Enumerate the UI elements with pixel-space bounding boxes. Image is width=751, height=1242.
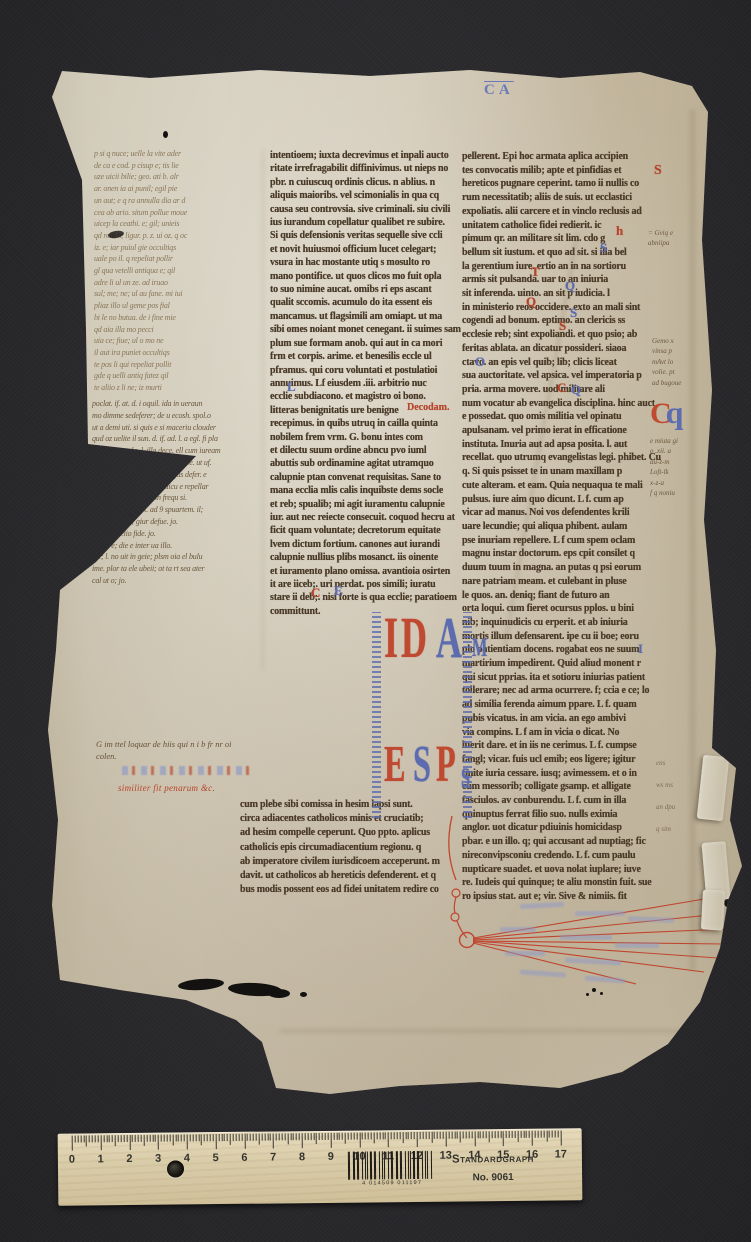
rubric-red: Decodam. xyxy=(407,402,450,413)
margin-notes-mid: Gemo xvinsa pmAvt lovolie. ptad bugoue xyxy=(652,336,704,388)
gloss-line: o qn adit; so inidi oz ut i r. q pelle. … xyxy=(92,457,274,469)
text-line: armis sit pulsanda. uar to an iniuria xyxy=(462,273,664,287)
text-line: ritate irrefragabilit diffinivimus. ut n… xyxy=(270,162,462,175)
colored-initial: T xyxy=(531,265,540,278)
text-line: plum sue formam anob. qui aut in ca mori xyxy=(270,337,462,350)
text-line: iur. aut nec reiecte consecuit. coquod h… xyxy=(270,511,462,524)
text-line: Si quis defensionis veritas sequelle siv… xyxy=(270,229,462,242)
gloss-line: poclat. if. at. d. i oquil. ida in uerau… xyxy=(92,398,274,410)
text-line: fangl; vicar. fuis ucl emib; eos ligere;… xyxy=(462,753,664,767)
margin-note-line: volie. pt xyxy=(652,367,704,377)
gloss-line: il aut ira puniet occultiqs xyxy=(94,347,266,359)
text-line: le quos. an. deniq; fiant de futuro an xyxy=(462,589,664,603)
text-line: apulsanam. vel primo ierat in effication… xyxy=(462,424,664,438)
red-marginal-note: similiter fit penarum &c. xyxy=(118,783,215,793)
margin-note-line: Gemo x xyxy=(652,336,704,346)
text-line: recellat. quo utrumq evangelistas legi. … xyxy=(462,451,664,465)
text-line: to suo nimine aucat. omibs ri eps ascant xyxy=(270,283,462,296)
gloss-column-lower: poclat. if. at. d. i oquil. ida in uerau… xyxy=(92,398,274,587)
text-line: pellerent. Epi hoc armata aplica accipie… xyxy=(462,150,664,164)
text-line: qualit sccomis. acumulo do ita essent ei… xyxy=(270,296,462,309)
ink-spot xyxy=(163,131,168,138)
right-edge-fold xyxy=(690,110,695,970)
text-line: num vocatur ab evangelica disciplina. hi… xyxy=(462,397,664,411)
text-line: it are iiceb;. uri perdat. pos simili; i… xyxy=(270,578,462,591)
text-line: mano pontifice. ut quos clicos mo fuit o… xyxy=(270,270,462,283)
text-line: ctavo. an epis vel quib; lib; clicis lic… xyxy=(462,356,664,370)
gloss-line: qud oz uelite il sun. d. if. ad. l. a eg… xyxy=(92,433,274,445)
text-line: feritas ablata. an dicatur possideri. si… xyxy=(462,342,664,356)
gloss-line: de ca e cod. p cisup e; tis lie xyxy=(94,160,266,172)
text-line: ab imperatore civilem iurisdicoem accepe… xyxy=(240,855,464,869)
crease xyxy=(280,1030,680,1032)
text-line: duum tuum in magna. an putas q psi eorum xyxy=(462,561,664,575)
display-letter: P xyxy=(436,740,452,789)
ink-hole xyxy=(178,977,225,991)
text-line: ius iurandum copellatur qualibet re subi… xyxy=(270,216,462,229)
manuscript-leaf: CA p si q nuce; uelle la vite aderde ca … xyxy=(0,0,751,1242)
ruler-ticks xyxy=(58,1128,582,1133)
gloss-line: si poius s illa ra q. ii in frequ si. xyxy=(92,492,274,504)
penwork-flourish-left xyxy=(372,612,381,818)
text-line: vicar ad manus. Noi vos defendentes kril… xyxy=(462,506,664,520)
display-letter: M xyxy=(472,636,483,661)
spiral-curl xyxy=(451,913,459,921)
gloss-note-line: G im ttel loquar de hiis qui n i b fr nr… xyxy=(96,738,296,750)
text-line: nupticare suadet. et uova nolat iuplare;… xyxy=(462,863,664,877)
text-line: et dilectu suum ordine abncu pvo iuml xyxy=(270,444,462,457)
text-line: tollerare; nec ad arma ocurrere. f; ccia… xyxy=(462,684,664,698)
text-line: causa seu controvsia. sive criminali. si… xyxy=(270,203,462,216)
colored-initial: Q xyxy=(571,383,581,396)
colored-initial: C xyxy=(557,381,566,394)
text-line: nare patriam meam. et culebant in pluse xyxy=(462,575,664,589)
text-line: bus modis possent eos ad fidei unitatem … xyxy=(240,883,464,897)
text-line: nib; inquinudicis cu erperit. et ab iniu… xyxy=(462,616,664,630)
text-line: vsura in hac mostante utiq s mosulto ro xyxy=(270,256,462,269)
text-line: instituta. Inuria aut ad apsa posita. l.… xyxy=(462,438,664,452)
gloss-line: un aut; e q ra annulla dia ar d xyxy=(94,195,266,207)
colored-initial: S xyxy=(570,306,577,319)
gloss-column-upper: p si q nuce; uelle la vite aderde ca e c… xyxy=(94,148,266,394)
gloss-line: p si q nuce; uelle la vite ader xyxy=(94,148,266,160)
text-line: abuttis sub ordinamine agitat utramquo xyxy=(270,457,462,470)
text-line: sit inferenda. uinto. an sit p iudicia. … xyxy=(462,287,664,301)
text-line: pbr. n cuiuscuq ordinis clicus. n ablius… xyxy=(270,176,462,189)
display-letter: S xyxy=(413,740,427,789)
gloss-line: q e; l. no uit in geie; plsm oia el bulu xyxy=(92,551,274,563)
gloss-line: by. all. t. l. ranucer. am. uicu e repel… xyxy=(92,481,274,493)
main-text-column-top: intentioem; iuxta decrevimus et inpali a… xyxy=(270,149,462,618)
text-line: martirium impedirent. Quid aliud monent … xyxy=(462,657,664,671)
text-line: cum plebe sibi comissa in hesim lapsi su… xyxy=(240,798,464,812)
gloss-line: qd aia illa mo pecci xyxy=(94,324,266,336)
text-line: pse inuriam repellere. L f cum spem ocla… xyxy=(462,534,664,548)
gloss-line: ime. plor ta ele ubeii; ot ta rt sea ate… xyxy=(92,563,274,575)
text-line: frm et corpis. arime. et benesilis eccle… xyxy=(270,350,462,363)
text-line: luerit dare. et in iis ne cerimus. L f. … xyxy=(462,739,664,753)
gloss-line: ar. onen ia ai punil; egil pie xyxy=(94,183,266,195)
text-line: bellum sit iustum. et quo ad sit. si ill… xyxy=(462,246,664,260)
text-line: e possedat. quo omis militia vel opinatu xyxy=(462,410,664,424)
text-line: q. Si quis psisset te in unam maxillam p xyxy=(462,465,664,479)
text-line: sibi omes noiant monet cenegant. ii suim… xyxy=(270,323,462,336)
text-line: lvem dictum fortium. canones aut iurandi xyxy=(270,538,462,551)
gloss-line: mo dimme sedeferer; de u ecosh. spol.o xyxy=(92,410,274,422)
gloss-line: uicep la ceathi. e; gil; unieis xyxy=(94,218,266,230)
margin-note-line: au-z-m xyxy=(650,457,704,467)
text-line: unitatem catholice fidei redierit. ic xyxy=(462,219,664,233)
margin-big-initial: Cq xyxy=(650,396,683,429)
text-line: qui sicut pprias. ita et sotioru iniuria… xyxy=(462,671,664,685)
ruler-brand: Standardgraph xyxy=(447,1153,539,1166)
colored-initial: I xyxy=(638,642,643,655)
text-line: tes convocatis milib; apte et pinfidias … xyxy=(462,164,664,178)
gloss-note-line: colen. xyxy=(96,750,296,762)
text-line: stare ii deb;. nisi forte is qua ecclie;… xyxy=(270,591,462,604)
text-line: anglor. uot dicatur pdiuinis homicidasp xyxy=(462,821,664,835)
colored-initial: S xyxy=(600,241,607,254)
barcode xyxy=(348,1151,434,1180)
gloss-line: sil ul; q nelio fide. jo. xyxy=(92,528,274,540)
gloss-line: pliaz illo ul geme pos fial xyxy=(94,300,266,312)
main-text-column-bottom: cum plebe sibi comissa in hesim lapsi su… xyxy=(240,798,464,897)
text-line: recepimus. in quibs utruq in cailla quin… xyxy=(270,417,462,430)
text-line: pframus. qui coru voluntati et postulati… xyxy=(270,364,462,377)
gloss-line: cal ut o; jo. xyxy=(92,575,274,587)
ruler-hole xyxy=(167,1160,184,1177)
parchment-fold-tab xyxy=(701,889,725,930)
diagram-node xyxy=(460,933,475,948)
gloss-line: ut a demi uti. si quis e si maceriu clou… xyxy=(92,422,274,434)
text-line: annuimus. Lf eiusdem .iii. arbitrio nuc xyxy=(270,377,462,390)
text-line: finite iuria cessare. iusq; avimessem. e… xyxy=(462,767,664,781)
right-text-column: pellerent. Epi hoc armata aplica accipie… xyxy=(462,150,664,904)
text-line: nobilem frem vrm. G. bonu intes com xyxy=(270,431,462,444)
text-line: intentioem; iuxta decrevimus et inpali a… xyxy=(270,149,462,162)
barcode-digits: 4 014509 011197 xyxy=(346,1180,438,1187)
gloss-line: te aliio z li ne; iz murti xyxy=(94,382,266,394)
gloss-footnote: G im ttel loquar de hiis qui n i b fr nr… xyxy=(96,738,296,762)
text-line: ad hesim compelle ceperunt. Quo ppto. ap… xyxy=(240,826,464,840)
colored-initial: h xyxy=(616,224,623,237)
margin-note-line: x-z-a xyxy=(650,478,704,488)
margin-initial-q: q xyxy=(666,394,684,430)
display-letter: S xyxy=(461,766,466,791)
gloss-line: adre li ul un ze. ad iruao xyxy=(94,277,266,289)
edge-hole xyxy=(724,898,738,908)
gloss-line: capite; 9. l ai; giur defue. jo. xyxy=(92,516,274,528)
text-line: ro ipsius stat. aut e; vir. Sive & nimii… xyxy=(462,890,664,904)
margin-note-line: o .xii. a xyxy=(650,446,704,456)
text-line: orta loqui. cum fieret ocursus pplos. u … xyxy=(462,602,664,616)
ink-spot xyxy=(300,992,307,997)
colored-initial: L xyxy=(287,380,296,393)
margin-note-line: e miuta gi xyxy=(650,436,704,446)
text-line: cute alteram. et eam. Quia nequaqua te m… xyxy=(462,479,664,493)
colored-initial: E xyxy=(334,584,343,597)
ink-speck xyxy=(586,993,589,996)
text-line: quinuptus ferrat filio suo. nulls eximia xyxy=(462,808,664,822)
quire-mark: CA xyxy=(484,82,514,99)
text-line: mortis illum defensarent. ipe cu ii boe;… xyxy=(462,630,664,644)
fan-lines xyxy=(473,898,726,984)
margin-note-line: f q noniu xyxy=(650,488,704,498)
faded-scribble xyxy=(122,766,252,775)
gloss-line: gde q uelli antiq fatez qil xyxy=(94,370,266,382)
gloss-line: iz. e; iar puiul gie occultiqs xyxy=(94,242,266,254)
text-line: pubis vicatus. in am vicia. an ego ambiv… xyxy=(462,712,664,726)
margin-notes-low: e miuta gio .xii. aau-z-mLoft-lkx-z-af q… xyxy=(650,436,704,498)
text-line: uare lecundie; qui aliqua phibent. aulam xyxy=(462,520,664,534)
display-initials-row2: ESPS xyxy=(384,740,470,791)
gloss-line: uze uicii bilie; geo. ati b. alr xyxy=(94,171,266,183)
text-line: pimum qr. an militare sit lim. cdo g xyxy=(462,232,664,246)
ink-speck xyxy=(592,988,596,992)
photo-background: CA p si q nuce; uelle la vite aderde ca … xyxy=(0,0,751,1242)
text-line: mana ecclia mlis calis inquibste dems so… xyxy=(270,484,462,497)
text-line: plo patientiam docens. rogabat eos ne su… xyxy=(462,643,664,657)
gloss-line: sul; me; ne; ul au fane. mi iui xyxy=(94,288,266,300)
gloss-line: oeiiem. ut l at. scu igr. l. en jus defe… xyxy=(92,469,274,481)
gloss-line: gl qua vetelli antiqua e; qil xyxy=(94,265,266,277)
display-letter: A xyxy=(436,610,458,665)
display-letter: E xyxy=(384,740,402,789)
text-line: rum necessitatib; aliis de suis. ut eccl… xyxy=(462,191,664,205)
display-initials-row1: IDAM xyxy=(384,610,491,665)
gloss-line: uale po il. q repeliat pollir xyxy=(94,253,266,265)
display-letter: D xyxy=(401,610,423,665)
text-line: davit. ut catholicos ab hereticis defend… xyxy=(240,869,464,883)
ink-speck xyxy=(600,992,603,995)
text-line: calupnie ptan convenat requisitas. Sane … xyxy=(270,471,462,484)
text-line: fasciulos. av conburendu. L f. cum in il… xyxy=(462,794,664,808)
text-line: et iuramento plano omissa. avantioia osi… xyxy=(270,565,462,578)
display-letter: I xyxy=(384,610,394,665)
colored-initial: Q xyxy=(526,295,536,308)
text-line: circa adiacentes catholicos minis et cru… xyxy=(240,812,464,826)
text-line: expoliatis. alii carcere et in vinclo re… xyxy=(462,205,664,219)
text-line: la gerentium iure. ertio an in na sortio… xyxy=(462,260,664,274)
text-line: via compins. L f am in vicia o dicat. No xyxy=(462,726,664,740)
ruler: 01234567891011121314151617 4 014509 0111… xyxy=(58,1128,583,1205)
parchment-fold-tab xyxy=(697,755,730,821)
margin-note-line: vinsa p xyxy=(652,346,704,356)
text-line: cum messorib; colligate gsamp. et alliga… xyxy=(462,780,664,794)
text-line: calupnie nullius plibs mosanct. iis oine… xyxy=(270,551,462,564)
text-line: re. Iudeis qui quinque; te aliu monstin … xyxy=(462,876,664,890)
text-line: pulsus. iure aim quo dicunt. L f. cum ap xyxy=(462,493,664,507)
margin-note-line: Loft-lk xyxy=(650,467,704,477)
margin-note-line: ad bugoue xyxy=(652,378,704,388)
gloss-line: ocda. ri sponla. l. illa dece. ell cum i… xyxy=(92,445,274,457)
gloss-line: f sil i uril agns det. ad 9 spuartem. il… xyxy=(92,504,274,516)
ruler-model: No. 9061 xyxy=(447,1172,539,1184)
gloss-line: secel; e; die e inter ua illo. xyxy=(92,540,274,552)
text-line: et reb; spualib; mi agit iuramentu calup… xyxy=(270,498,462,511)
red-paraph-mark: S xyxy=(654,164,662,178)
text-line: ficit quam voluntate; decretorum equitat… xyxy=(270,524,462,537)
colored-initial: O xyxy=(475,355,485,368)
colored-initial: C xyxy=(311,586,320,599)
text-line: nireconvipsconiu credendo. L f. cum paul… xyxy=(462,849,664,863)
text-line: ad similia ferenda aimum ppare. L f. qua… xyxy=(462,698,664,712)
gloss-line: cea ab ario. situm pollue moue xyxy=(94,207,266,219)
margin-note-line: mAvt lo xyxy=(652,357,704,367)
text-line: mancamus. ut flagsimili am omiapt. ut ma xyxy=(270,310,462,323)
gloss-line: uia ce; fiue; ul o mo ne xyxy=(94,335,266,347)
gloss-line: bi le no butua. de i fine mie xyxy=(94,312,266,324)
crease xyxy=(262,150,264,670)
text-line: catholicis epis circumadiacentium region… xyxy=(240,841,464,855)
text-line: pbar. e un illo. q; qui accusant ad nupt… xyxy=(462,835,664,849)
text-line: magnu instar doctorum. eps cpit consilet… xyxy=(462,547,664,561)
blue-label-squiggles xyxy=(500,902,674,984)
gloss-line: te pos li qui repeliat pollit xyxy=(94,359,266,371)
text-line: et novit huiusmoi officium lucet celegar… xyxy=(270,243,462,256)
ink-hole xyxy=(268,989,290,998)
text-line: hereticos pugnare ceperint. tamo ii null… xyxy=(462,177,664,191)
text-line: aliquis maioribs. vel scimonialis in qua… xyxy=(270,189,462,202)
